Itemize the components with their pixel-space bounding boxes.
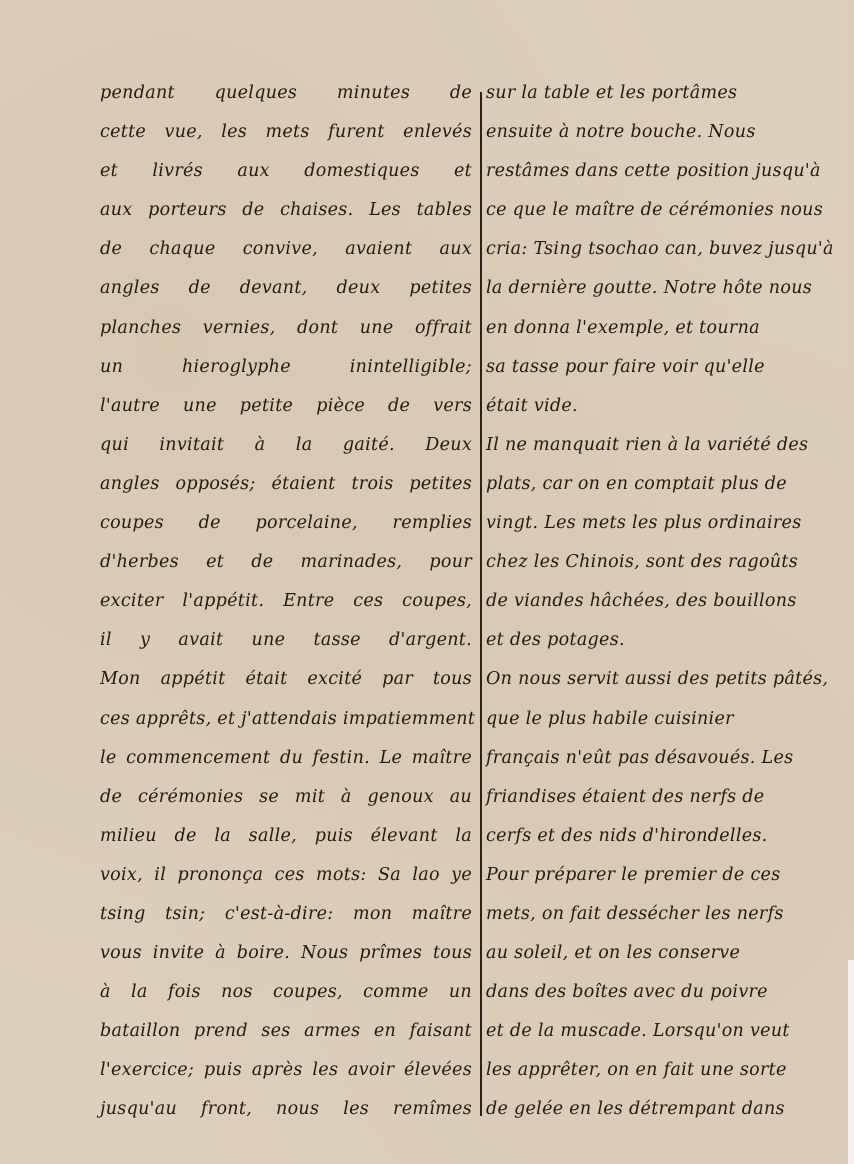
text-line: Pour préparer le premier de ces xyxy=(486,856,841,895)
text-line: l'exercice; puis après les avoir élevées xyxy=(100,1051,472,1090)
left-column: pendant quelques minutes de cette vue, l… xyxy=(100,74,472,1130)
text-line: ces apprêts, et j'attendais impatiemment xyxy=(100,700,472,739)
text-line: sur la table et les portâmes xyxy=(486,74,841,113)
text-line: Mon appétit était excité par tous xyxy=(100,660,472,699)
text-line: de gelée en les détrempant dans xyxy=(486,1090,841,1129)
text-line: et livrés aux domestiques et xyxy=(100,152,472,191)
text-line: angles de devant, deux petites xyxy=(100,269,472,308)
column-divider xyxy=(480,92,482,1116)
text-line: tsing tsin; c'est-à-dire: mon maître xyxy=(100,895,472,934)
text-line: Il ne manquait rien à la variété des xyxy=(486,426,841,465)
text-line: cria: Tsing tsochao can, buvez jusqu'à xyxy=(486,230,841,269)
text-line: On nous servit aussi des petits pâtés, xyxy=(486,660,841,699)
text-line: ensuite à notre bouche. Nous xyxy=(486,113,841,152)
text-line: de cérémonies se mit à genoux au xyxy=(100,778,472,817)
text-line: mets, on fait dessécher les nerfs xyxy=(486,895,841,934)
text-line: et des potages. xyxy=(486,621,841,660)
text-line: dans des boîtes avec du poivre xyxy=(486,973,841,1012)
text-line: coupes de porcelaine, remplies xyxy=(100,504,472,543)
text-line: la dernière goutte. Notre hôte nous xyxy=(486,269,841,308)
text-line: bataillon prend ses armes en faisant xyxy=(100,1012,472,1051)
text-line: cette vue, les mets furent enlevés xyxy=(100,113,472,152)
text-line: friandises étaient des nerfs de xyxy=(486,778,841,817)
text-line: de viandes hâchées, des bouillons xyxy=(486,582,841,621)
text-line: sa tasse pour faire voir qu'elle xyxy=(486,348,841,387)
text-line: voix, il prononça ces mots: Sa lao ye xyxy=(100,856,472,895)
text-line: en donna l'exemple, et tourna xyxy=(486,309,841,348)
right-column: sur la table et les portâmes ensuite à n… xyxy=(486,74,841,1130)
text-line: angles opposés; étaient trois petites xyxy=(100,465,472,504)
text-line: de chaque convive, avaient aux xyxy=(100,230,472,269)
text-line: que le plus habile cuisinier xyxy=(486,700,841,739)
text-line: et de la muscade. Lorsqu'on veut xyxy=(486,1012,841,1051)
text-line: au soleil, et on les conserve xyxy=(486,934,841,973)
text-line: pendant quelques minutes de xyxy=(100,74,472,113)
text-line: était vide. xyxy=(486,387,841,426)
text-line: restâmes dans cette position jusqu'à xyxy=(486,152,841,191)
text-line: planches vernies, dont une offrait xyxy=(100,309,472,348)
text-line: ce que le maître de cérémonies nous xyxy=(486,191,841,230)
text-line: à la fois nos coupes, comme un xyxy=(100,973,472,1012)
text-line: il y avait une tasse d'argent. xyxy=(100,621,472,660)
text-line: cerfs et des nids d'hirondelles. xyxy=(486,817,841,856)
text-line: aux porteurs de chaises. Les tables xyxy=(100,191,472,230)
text-line: un hieroglyphe inintelligible; xyxy=(100,348,472,387)
text-line: plats, car on en comptait plus de xyxy=(486,465,841,504)
text-line: chez les Chinois, sont des ragoûts xyxy=(486,543,841,582)
manuscript-page: pendant quelques minutes de cette vue, l… xyxy=(0,0,849,1164)
scan-edge xyxy=(848,960,854,1164)
text-line: le commencement du festin. Le maître xyxy=(100,739,472,778)
text-line: vous invite à boire. Nous prîmes tous xyxy=(100,934,472,973)
text-line: l'autre une petite pièce de vers xyxy=(100,387,472,426)
text-line: français n'eût pas désavoués. Les xyxy=(486,739,841,778)
text-line: milieu de la salle, puis élevant la xyxy=(100,817,472,856)
text-line: vingt. Les mets les plus ordinaires xyxy=(486,504,841,543)
text-line: jusqu'au front, nous les remîmes xyxy=(100,1090,472,1129)
text-line: d'herbes et de marinades, pour xyxy=(100,543,472,582)
text-line: qui invitait à la gaité. Deux xyxy=(100,426,472,465)
text-line: les apprêter, on en fait une sorte xyxy=(486,1051,841,1090)
text-line: exciter l'appétit. Entre ces coupes, xyxy=(100,582,472,621)
